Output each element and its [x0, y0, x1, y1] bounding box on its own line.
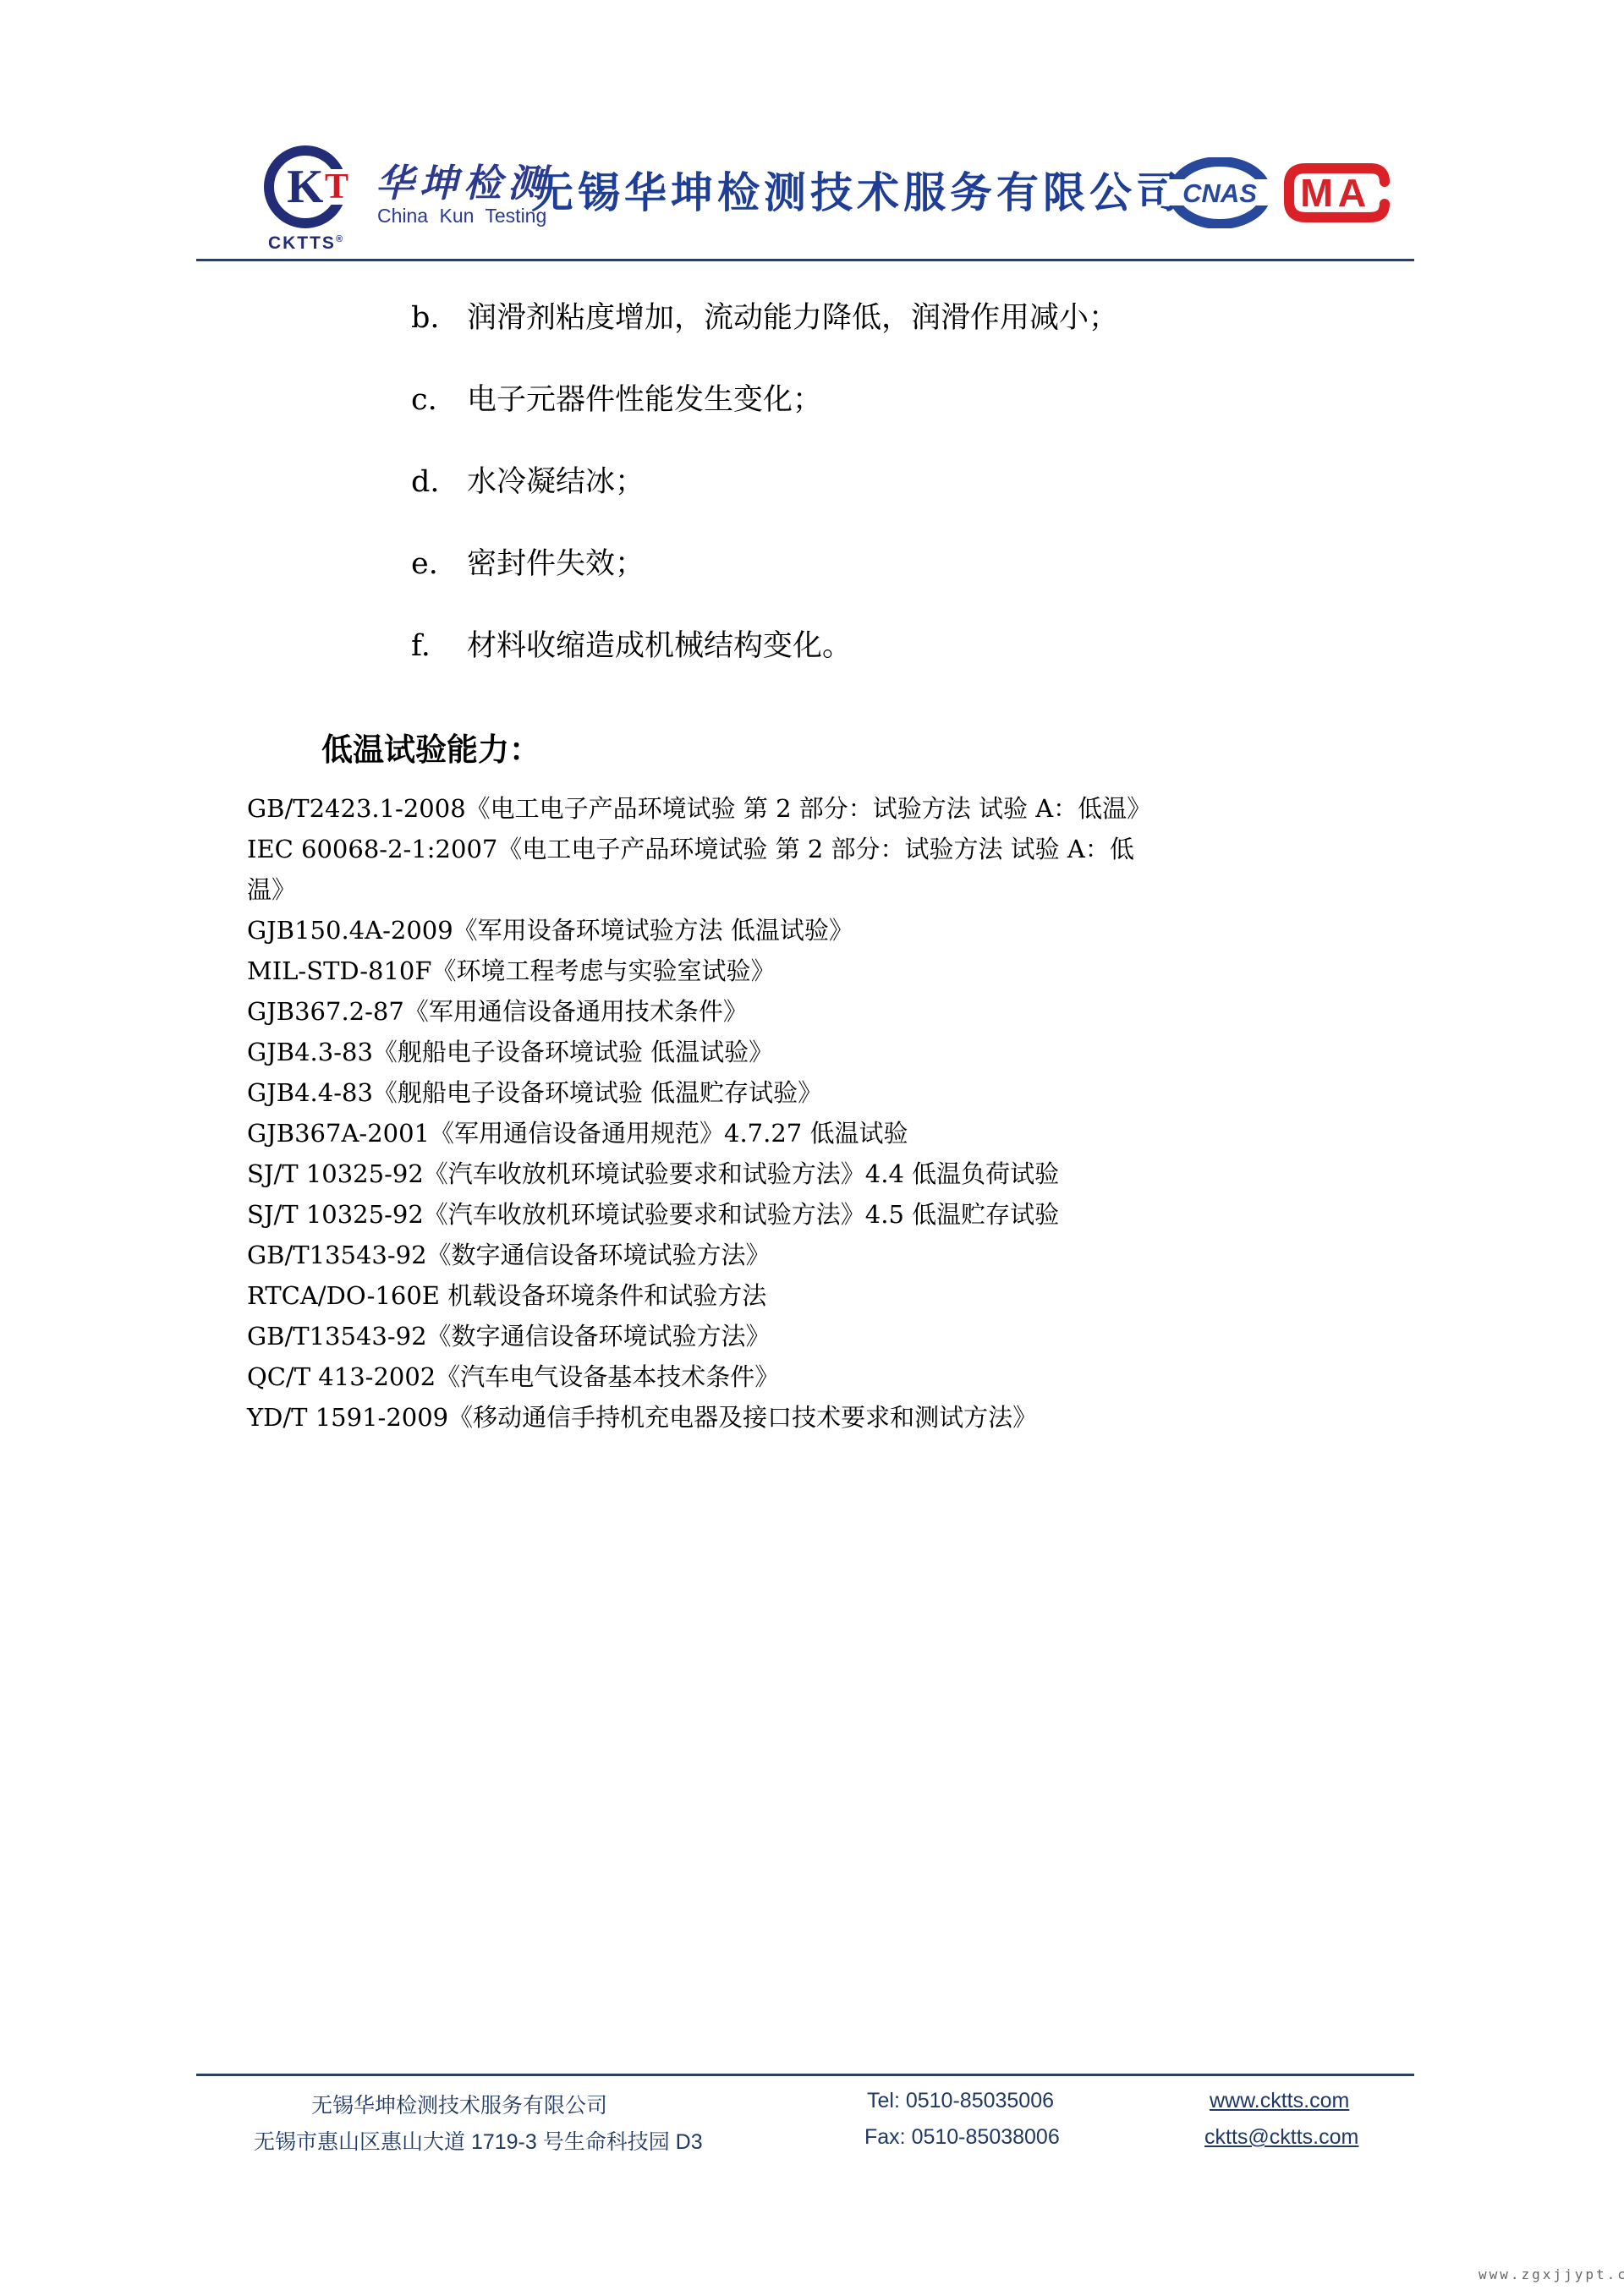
logo-cktts-label: CKTTS® [250, 233, 360, 254]
standard-line: GJB4.4-83《舰船电子设备环境试验 低温贮存试验》 [247, 1072, 1151, 1113]
cma-label: MA [1300, 171, 1371, 215]
document-page: K T CKTTS® 华坤检测 China Kun Testing 无锡华坤检测… [0, 0, 1624, 2296]
cnas-label: CNAS [1182, 178, 1257, 208]
standard-line: GB/T2423.1-2008《电工电子产品环境试验 第 2 部分：试验方法 试… [247, 788, 1151, 829]
ckt-badge-icon: K T [264, 145, 347, 228]
list-item: b.润滑剂粘度增加，流动能力降低，润滑作用减小； [411, 294, 1118, 376]
list-item-marker: d. [411, 465, 467, 499]
section-heading: 低温试验能力： [321, 724, 540, 770]
standard-line: RTCA/DO-160E 机载设备环境条件和试验方法 [247, 1275, 1151, 1316]
logo-k-letter: K [287, 161, 324, 213]
footer-fax: Fax: 0510-85038006 [864, 2125, 1060, 2150]
page-title: 无锡华坤检测技术服务有限公司 [531, 159, 1182, 220]
logo-cktts-text: CKTTS [268, 233, 336, 253]
logo-cn-name: 华坤检测 [376, 152, 551, 207]
standard-line: GJB150.4A-2009《军用设备环境试验方法 低温试验》 [247, 910, 1151, 951]
logo-en-name: China Kun Testing [377, 205, 546, 227]
list-item-text: 密封件失效； [467, 547, 645, 581]
list-item-marker: f. [411, 629, 467, 663]
footer-divider [196, 2074, 1414, 2076]
logo-t-letter: T [323, 169, 350, 205]
list-item-marker: e. [411, 547, 467, 581]
list-item-marker: c. [411, 383, 467, 417]
standard-line: 温》 [247, 869, 1151, 910]
watermark: www.zgxjjypt.com [1479, 2266, 1624, 2282]
list-item-text: 润滑剂粘度增加，流动能力降低，润滑作用减小； [467, 301, 1118, 335]
effects-list: b.润滑剂粘度增加，流动能力降低，润滑作用减小； c.电子元器件性能发生变化； … [411, 294, 1118, 704]
standard-line: GJB4.3-83《舰船电子设备环境试验 低温试验》 [247, 1032, 1151, 1072]
standard-line: SJ/T 10325-92《汽车收放机环境试验要求和试验方法》4.4 低温负荷试… [247, 1153, 1151, 1194]
footer-email-link[interactable]: cktts@cktts.com [1204, 2125, 1358, 2150]
standard-line: MIL-STD-810F《环境工程考虑与实验室试验》 [247, 951, 1151, 991]
list-item-text: 材料收缩造成机械结构变化。 [467, 629, 852, 663]
standards-list: GB/T2423.1-2008《电工电子产品环境试验 第 2 部分：试验方法 试… [247, 788, 1151, 1438]
list-item-marker: b. [411, 301, 467, 335]
list-item-text: 电子元器件性能发生变化； [467, 383, 822, 417]
header-divider [196, 259, 1414, 261]
registered-mark-icon: ® [336, 234, 343, 244]
cnas-logo-icon: CNAS [1169, 157, 1270, 228]
standard-line: GJB367.2-87《军用通信设备通用技术条件》 [247, 991, 1151, 1032]
standard-line: GB/T13543-92《数字通信设备环境试验方法》 [247, 1316, 1151, 1356]
standard-line: QC/T 413-2002《汽车电气设备基本技术条件》 [247, 1356, 1151, 1397]
list-item: e.密封件失效； [411, 540, 1118, 622]
footer-website-link[interactable]: www.cktts.com [1210, 2089, 1349, 2113]
standard-line: GJB367A-2001《军用通信设备通用规范》4.7.27 低温试验 [247, 1113, 1151, 1153]
list-item: c.电子元器件性能发生变化； [411, 376, 1118, 458]
standard-line: YD/T 1591-2009《移动通信手持机充电器及接口技术要求和测试方法》 [247, 1397, 1151, 1438]
list-item: d.水冷凝结冰； [411, 458, 1118, 540]
footer-tel: Tel: 0510-85035006 [867, 2089, 1054, 2113]
footer-address: 无锡市惠山区惠山大道 1719-3 号生命科技园 D3 [254, 2125, 703, 2156]
cma-logo-icon: MA [1277, 156, 1396, 230]
standard-line: SJ/T 10325-92《汽车收放机环境试验要求和试验方法》4.5 低温贮存试… [247, 1194, 1151, 1235]
standard-line: IEC 60068-2-1:2007《电工电子产品环境试验 第 2 部分：试验方… [247, 829, 1151, 869]
list-item: f.材料收缩造成机械结构变化。 [411, 622, 1118, 704]
list-item-text: 水冷凝结冰； [467, 465, 645, 499]
footer-company: 无锡华坤检测技术服务有限公司 [311, 2089, 607, 2119]
standard-line: GB/T13543-92《数字通信设备环境试验方法》 [247, 1235, 1151, 1275]
